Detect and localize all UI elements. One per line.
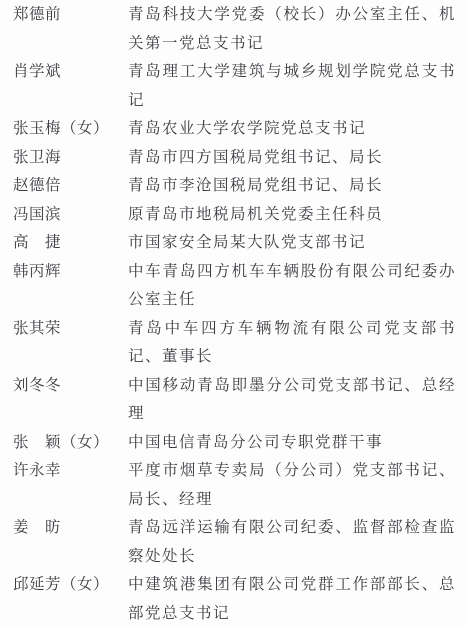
person-position: 原青岛市地税局机关党委主任科员 (128, 201, 456, 230)
person-name: 高 捷 (13, 229, 128, 258)
roster-entry: 韩丙辉 中车青岛四方机车车辆股份有限公司纪委办公室主任 (13, 258, 456, 315)
person-name: 张其荣 (13, 315, 128, 344)
person-name: 赵德倍 (13, 172, 128, 201)
person-position: 青岛市四方国税局党组书记、局长 (128, 144, 456, 173)
person-name: 张卫海 (13, 144, 128, 173)
roster-entry: 张玉梅（女） 青岛农业大学农学院党总支书记 (13, 115, 456, 144)
roster-entry: 高 捷 市国家安全局某大队党支部书记 (13, 229, 456, 258)
person-position: 平度市烟草专卖局（分公司）党支部书记、局长、经理 (128, 457, 456, 514)
person-position: 青岛市李沧国税局党组书记、局长 (128, 172, 456, 201)
person-position: 青岛科技大学党委（校长）办公室主任、机关第一党总支书记 (128, 1, 456, 58)
roster-entry: 郑德前 青岛科技大学党委（校长）办公室主任、机关第一党总支书记 (13, 1, 456, 58)
person-name: 刘冬冬 (13, 372, 128, 401)
person-name: 张玉梅（女） (13, 115, 128, 144)
person-name: 郑德前 (13, 1, 128, 30)
person-name: 冯国滨 (13, 201, 128, 230)
roster-entry: 张卫海 青岛市四方国税局党组书记、局长 (13, 144, 456, 173)
person-position: 中国移动青岛即墨分公司党支部书记、总经理 (128, 372, 456, 429)
roster-entry: 张其荣 青岛中车四方车辆物流有限公司党支部书记、董事长 (13, 315, 456, 372)
person-name: 许永幸 (13, 457, 128, 486)
person-position: 青岛远洋运输有限公司纪委、监督部检查监察处处长 (128, 514, 456, 571)
person-position: 中车青岛四方机车车辆股份有限公司纪委办公室主任 (128, 258, 456, 315)
person-position: 市国家安全局某大队党支部书记 (128, 229, 456, 258)
roster-entry: 肖学斌 青岛理工大学建筑与城乡规划学院党总支书记 (13, 58, 456, 115)
person-position: 青岛中车四方车辆物流有限公司党支部书记、董事长 (128, 315, 456, 372)
person-position: 中建筑港集团有限公司党群工作部部长、总部党总支书记 (128, 571, 456, 628)
roster-entry: 姜 昉 青岛远洋运输有限公司纪委、监督部检查监察处处长 (13, 514, 456, 571)
person-name: 姜 昉 (13, 514, 128, 543)
roster-entry: 刘冬冬 中国移动青岛即墨分公司党支部书记、总经理 (13, 372, 456, 429)
person-position: 青岛农业大学农学院党总支书记 (128, 115, 456, 144)
roster-entry: 张 颖（女） 中国电信青岛分公司专职党群干事 (13, 429, 456, 458)
person-name: 肖学斌 (13, 58, 128, 87)
roster-entry: 赵德倍 青岛市李沧国税局党组书记、局长 (13, 172, 456, 201)
roster-entry: 许永幸 平度市烟草专卖局（分公司）党支部书记、局长、经理 (13, 457, 456, 514)
roster-entry: 冯国滨 原青岛市地税局机关党委主任科员 (13, 201, 456, 230)
roster-document: 郑德前 青岛科技大学党委（校长）办公室主任、机关第一党总支书记 肖学斌 青岛理工… (0, 0, 467, 628)
person-name: 邱延芳（女） (13, 571, 128, 600)
person-position: 中国电信青岛分公司专职党群干事 (128, 429, 456, 458)
person-position: 青岛理工大学建筑与城乡规划学院党总支书记 (128, 58, 456, 115)
person-name: 张 颖（女） (13, 429, 128, 458)
roster-entry: 邱延芳（女） 中建筑港集团有限公司党群工作部部长、总部党总支书记 (13, 571, 456, 628)
person-name: 韩丙辉 (13, 258, 128, 287)
